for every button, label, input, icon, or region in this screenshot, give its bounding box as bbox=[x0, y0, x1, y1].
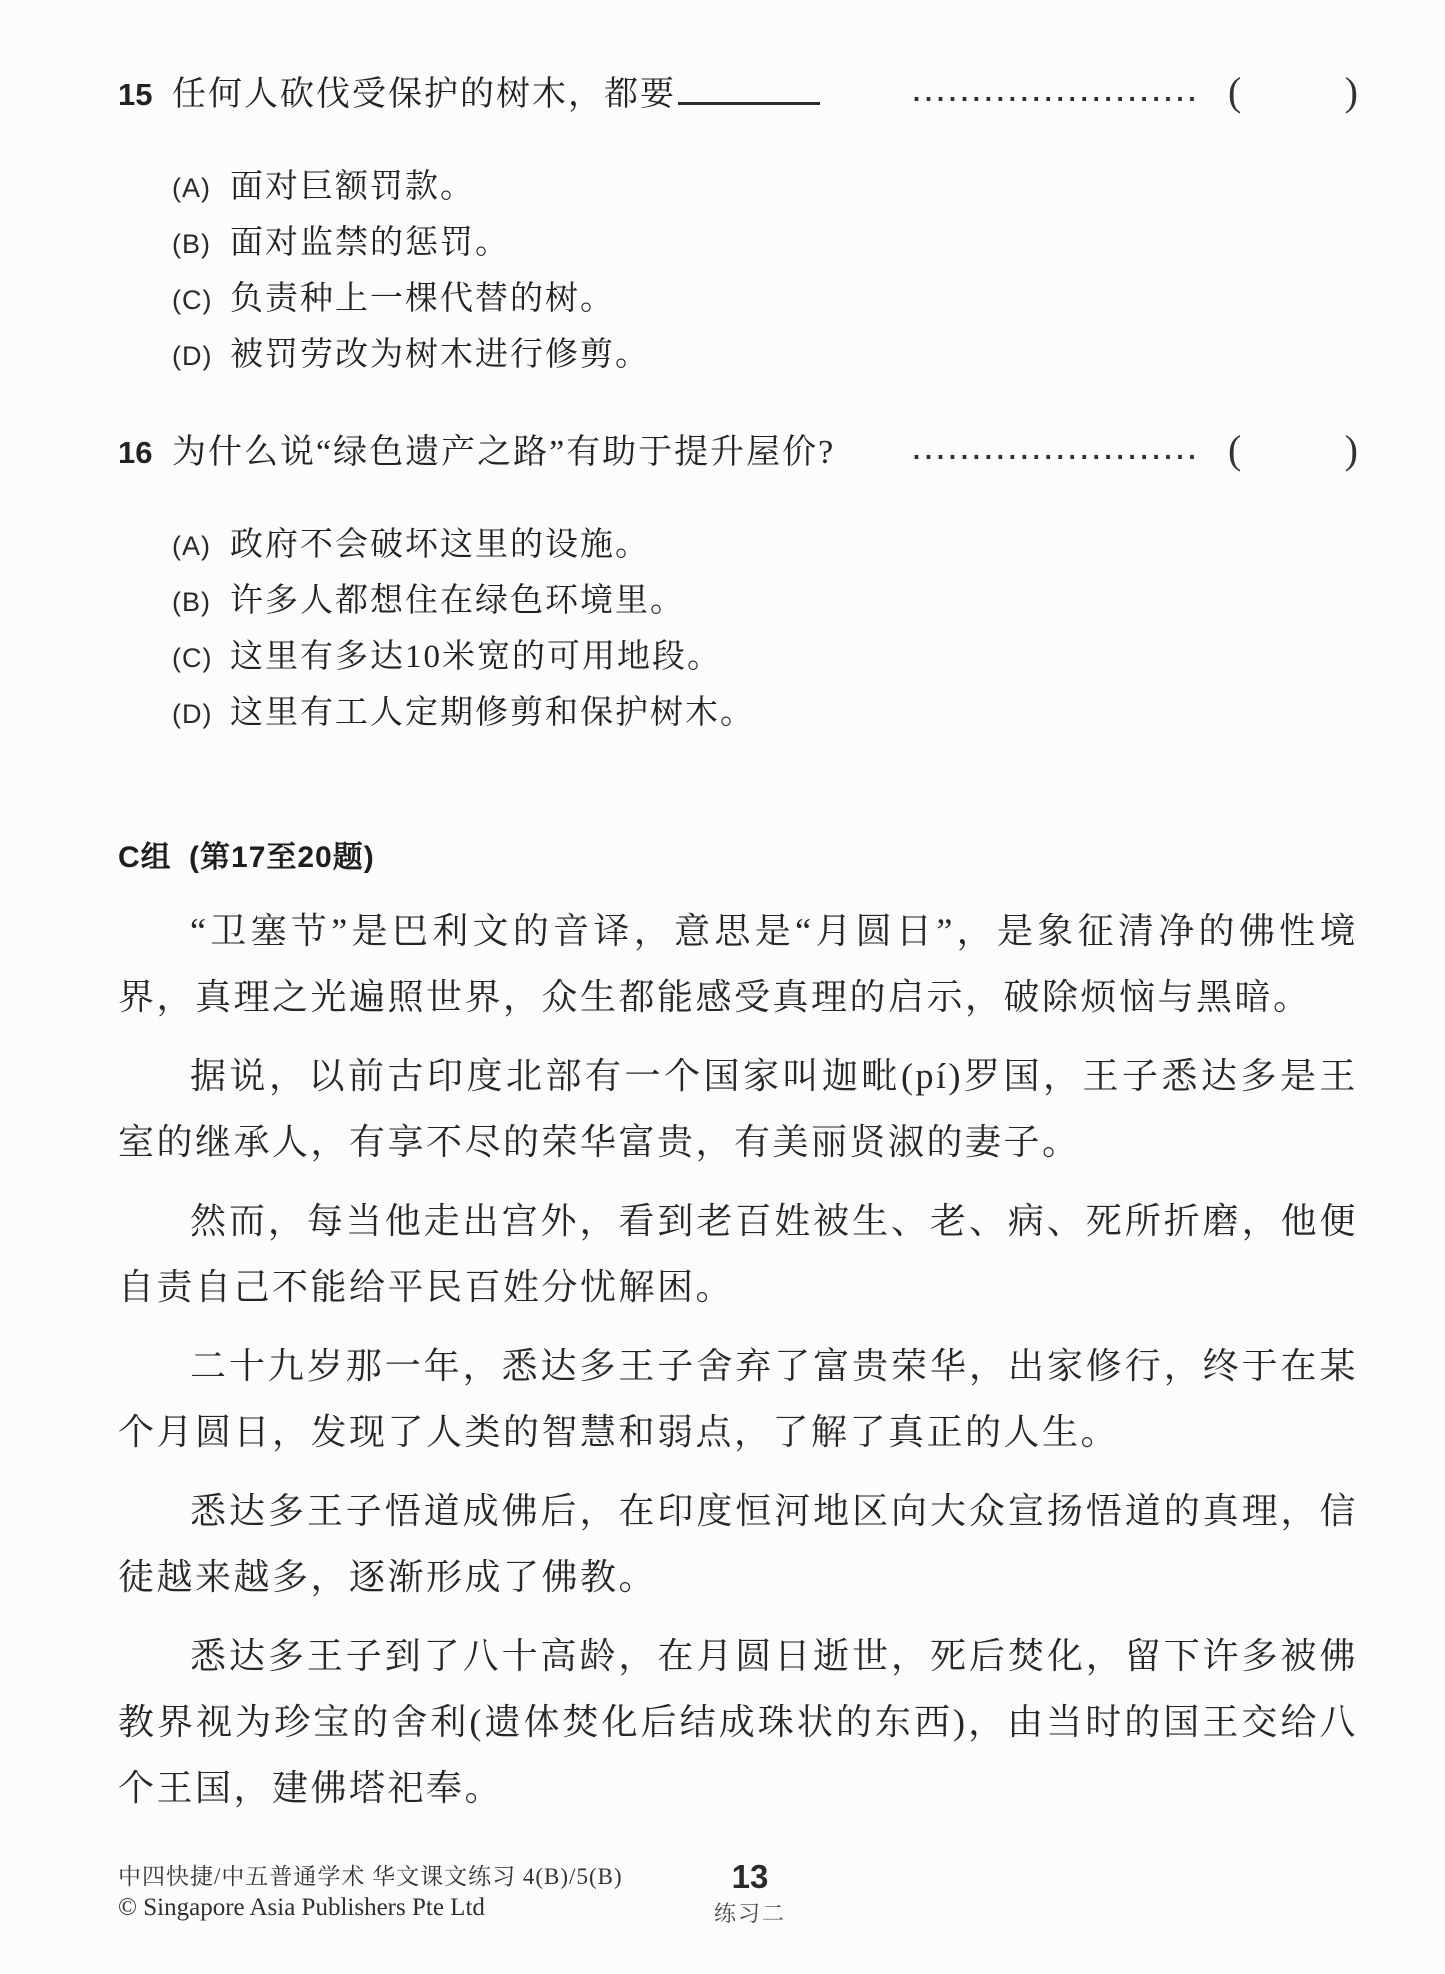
passage-paragraph-5: 悉达多王子悟道成佛后，在印度恒河地区向大众宣扬悟道的真理，信徒越来越多，逐渐形成… bbox=[118, 1478, 1358, 1610]
option-label: (C) bbox=[172, 643, 230, 674]
dotted-leader: ........................ bbox=[913, 68, 1200, 120]
option-16-a: (A) 政府不会破坏这里的设施。 bbox=[172, 518, 1358, 574]
option-text: 面对巨额罚款。 bbox=[230, 160, 475, 207]
option-text: 负责种上一棵代替的树。 bbox=[230, 272, 615, 319]
question-15-head: 15 任何人砍伐受保护的树木，都要 ......................… bbox=[118, 66, 1358, 124]
option-label: (A) bbox=[172, 531, 230, 562]
page-content: 15 任何人砍伐受保护的树木，都要 ......................… bbox=[118, 66, 1358, 1834]
reading-passage: “卫塞节”是巴利文的音译，意思是“月圆日”，是象征清净的佛性境界，真理之光遍照世… bbox=[118, 898, 1358, 1821]
answer-brackets: ( ) bbox=[1228, 66, 1358, 118]
option-label: (B) bbox=[172, 229, 230, 260]
passage-paragraph-1: “卫塞节”是巴利文的音译，意思是“月圆日”，是象征清净的佛性境界，真理之光遍照世… bbox=[118, 898, 1358, 1030]
close-paren: ) bbox=[1345, 424, 1358, 476]
option-label: (A) bbox=[172, 173, 230, 204]
passage-paragraph-3: 然而，每当他走出宫外，看到老百姓被生、老、病、死所折磨，他便自责自己不能给平民百… bbox=[118, 1188, 1358, 1320]
question-16-head: 16 为什么说“绿色遗产之路”有助于提升屋价? ................… bbox=[118, 424, 1358, 482]
answer-brackets: ( ) bbox=[1228, 424, 1358, 476]
option-label: (D) bbox=[172, 699, 230, 730]
question-16-number: 16 bbox=[118, 427, 172, 479]
footer-series-title: 中四快捷/中五普通学术 华文课文练习 4(B)/5(B) bbox=[118, 1858, 623, 1891]
option-15-d: (D) 被罚劳改为树木进行修剪。 bbox=[172, 328, 1358, 384]
section-title: C组 bbox=[118, 841, 172, 874]
option-text: 这里有工人定期修剪和保护树木。 bbox=[230, 686, 755, 733]
close-paren: ) bbox=[1345, 66, 1358, 118]
passage-paragraph-2: 据说，以前古印度北部有一个国家叫迦毗(pí)罗国，王子悉达多是王室的继承人，有享… bbox=[118, 1043, 1358, 1175]
footer-left: 中四快捷/中五普通学术 华文课文练习 4(B)/5(B) © Singapore… bbox=[118, 1858, 623, 1922]
option-16-c: (C) 这里有多达10米宽的可用地段。 bbox=[172, 630, 1358, 686]
option-16-b: (B) 许多人都想住在绿色环境里。 bbox=[172, 574, 1358, 630]
open-paren: ( bbox=[1228, 66, 1241, 118]
fill-in-blank-line bbox=[678, 98, 820, 105]
footer-center: 13 练习二 bbox=[655, 1858, 845, 1928]
option-text: 面对监禁的惩罚。 bbox=[230, 216, 510, 263]
question-16-text: 为什么说“绿色遗产之路”有助于提升屋价? bbox=[172, 427, 835, 479]
exercise-label: 练习二 bbox=[655, 1897, 845, 1928]
option-15-b: (B) 面对监禁的惩罚。 bbox=[172, 216, 1358, 272]
passage-paragraph-6: 悉达多王子到了八十高龄，在月圆日逝世，死后焚化，留下许多被佛教界视为珍宝的舍利(… bbox=[118, 1623, 1358, 1821]
exam-page: 15 任何人砍伐受保护的树木，都要 ......................… bbox=[0, 0, 1445, 1974]
question-16: 16 为什么说“绿色遗产之路”有助于提升屋价? ................… bbox=[118, 424, 1358, 742]
question-15-text: 任何人砍伐受保护的树木，都要 bbox=[172, 69, 676, 121]
option-label: (B) bbox=[172, 587, 230, 618]
option-label: (C) bbox=[172, 285, 230, 316]
passage-paragraph-4: 二十九岁那一年，悉达多王子舍弃了富贵荣华，出家修行，终于在某个月圆日，发现了人类… bbox=[118, 1333, 1358, 1465]
option-text: 许多人都想住在绿色环境里。 bbox=[230, 574, 685, 621]
section-c-header: C组 (第17至20题) bbox=[118, 832, 1358, 876]
option-text: 政府不会破坏这里的设施。 bbox=[230, 518, 650, 565]
option-label: (D) bbox=[172, 341, 230, 372]
question-15-number: 15 bbox=[118, 69, 172, 121]
dotted-leader: ........................ bbox=[913, 426, 1200, 478]
option-15-c: (C) 负责种上一棵代替的树。 bbox=[172, 272, 1358, 328]
footer-copyright: © Singapore Asia Publishers Pte Ltd bbox=[118, 1894, 623, 1922]
option-text: 这里有多达10米宽的可用地段。 bbox=[230, 630, 722, 677]
option-15-a: (A) 面对巨额罚款。 bbox=[172, 160, 1358, 216]
question-15-options: (A) 面对巨额罚款。 (B) 面对监禁的惩罚。 (C) 负责种上一棵代替的树。… bbox=[118, 160, 1358, 384]
page-number: 13 bbox=[655, 1858, 845, 1896]
open-paren: ( bbox=[1228, 424, 1241, 476]
option-text: 被罚劳改为树木进行修剪。 bbox=[230, 328, 650, 375]
section-question-range: (第17至20题) bbox=[189, 841, 375, 874]
option-16-d: (D) 这里有工人定期修剪和保护树木。 bbox=[172, 686, 1358, 742]
question-16-options: (A) 政府不会破坏这里的设施。 (B) 许多人都想住在绿色环境里。 (C) 这… bbox=[118, 518, 1358, 742]
question-15: 15 任何人砍伐受保护的树木，都要 ......................… bbox=[118, 66, 1358, 384]
